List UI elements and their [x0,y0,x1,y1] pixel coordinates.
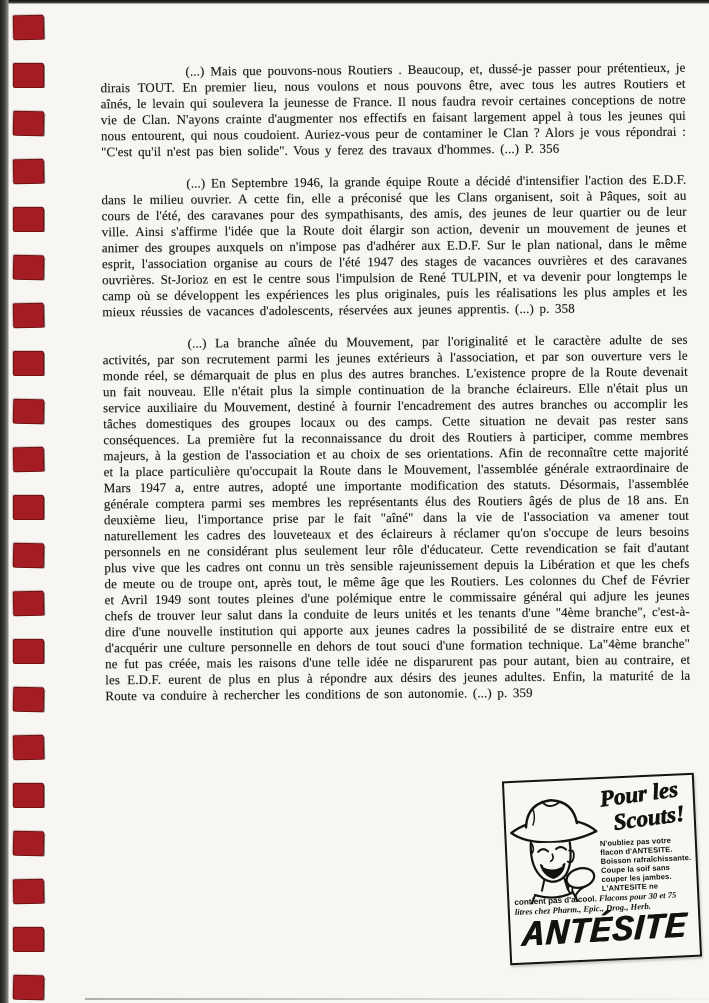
ad-headline: Pour les Scouts! [587,775,693,838]
paragraph-3: (...) La branche aînée du Mouvement, par… [103,332,691,705]
binding-tab [13,255,45,281]
binding-tab [13,783,44,808]
page-bottom-edge [85,998,709,1000]
page-top-edge [0,0,709,4]
text-block: (...) Mais que pouvons-nous Routiers . B… [100,60,690,721]
binding-tab [13,639,44,664]
binding-tab [13,111,45,137]
binding-tab [13,591,45,617]
binding-tab [13,159,45,185]
binding-tab [13,399,45,425]
antesite-ad: Pour les Scouts! N'oubliez pas votre fla… [502,773,702,966]
binding-tab [13,927,44,952]
binding-tab [13,831,45,857]
binding-tab [13,879,45,905]
binding-tab [13,303,45,329]
binding-tab [13,687,45,713]
binding-tab [13,207,44,232]
binding-tab [13,543,45,569]
paragraph-2: (...) En Septembre 1946, la grande équip… [101,172,687,321]
paragraph-1: (...) Mais que pouvons-nous Routiers . B… [100,60,686,161]
binding-tab [13,63,44,88]
binding-tab [13,975,45,1001]
antesite-logo: ANTÉSITE [509,902,700,958]
binding-tab [13,447,45,473]
comb-binding-strip [0,0,55,1003]
antesite-ad-content: Pour les Scouts! N'oubliez pas votre fla… [504,775,700,963]
binding-tab [13,495,44,520]
scanned-page: (...) Mais que pouvons-nous Routiers . B… [0,0,709,1003]
binding-tab [13,351,44,376]
binding-tab [13,735,45,761]
binding-tab [13,15,45,41]
ad-body-text: N'oubliez pas votre flacon d'ANTESITE. B… [600,835,695,893]
